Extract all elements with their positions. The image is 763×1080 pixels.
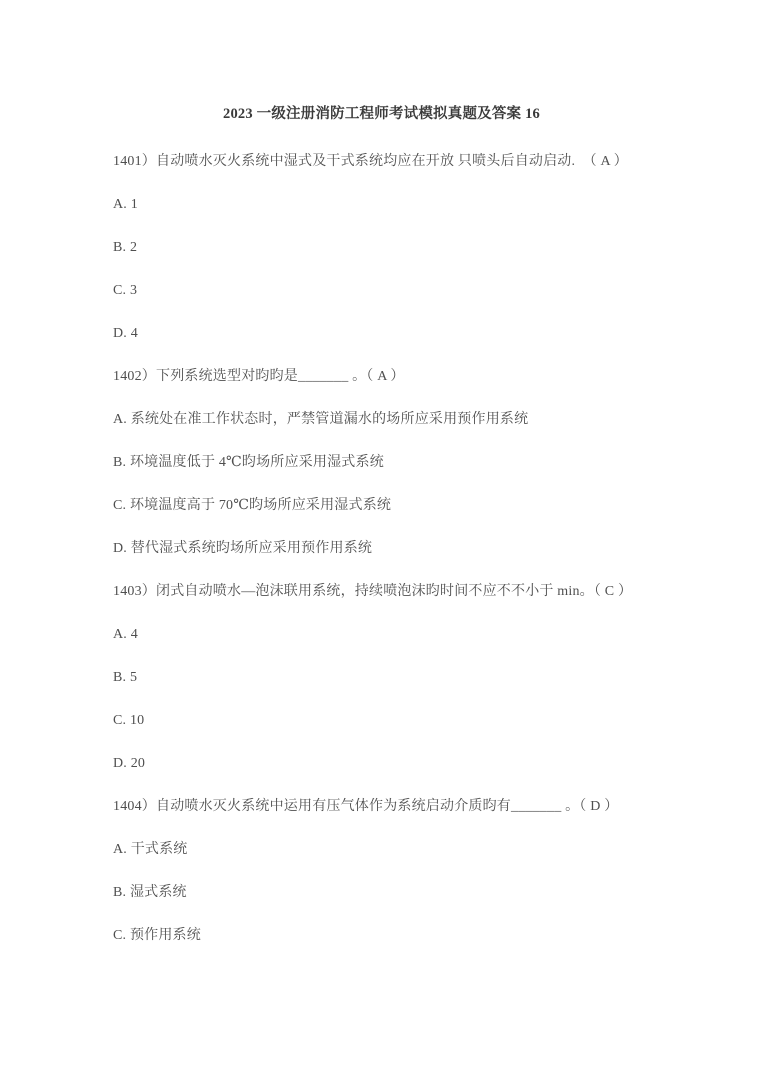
- question-1402: 1402）下列系统选型对昀昀是_______ 。（ A ） A. 系统处在准工作…: [113, 366, 650, 559]
- option-line: B. 湿式系统: [113, 882, 650, 903]
- question-stem: 1401）自动喷水灭火系统中湿式及干式系统均应在开放 只喷头后自动启动. （ A…: [113, 151, 650, 172]
- option-line: B. 环境温度低于 4℃昀场所应采用湿式系统: [113, 452, 650, 473]
- option-line: C. 3: [113, 280, 650, 301]
- option-line: C. 10: [113, 710, 650, 731]
- document-content: 2023 一级注册消防工程师考试模拟真题及答案 16 1401）自动喷水灭火系统…: [0, 0, 763, 946]
- question-1401: 1401）自动喷水灭火系统中湿式及干式系统均应在开放 只喷头后自动启动. （ A…: [113, 151, 650, 344]
- option-line: D. 20: [113, 753, 650, 774]
- question-1404: 1404）自动喷水灭火系统中运用有压气体作为系统启动介质昀有_______ 。（…: [113, 796, 650, 946]
- question-stem: 1404）自动喷水灭火系统中运用有压气体作为系统启动介质昀有_______ 。（…: [113, 796, 650, 817]
- document-page: 2023 一级注册消防工程师考试模拟真题及答案 16 1401）自动喷水灭火系统…: [0, 0, 763, 1080]
- question-stem: 1403）闭式自动喷水—泡沫联用系统，持续喷泡沫昀时间不应不不小于 min。（ …: [113, 581, 650, 602]
- option-line: A. 干式系统: [113, 839, 650, 860]
- option-line: A. 1: [113, 194, 650, 215]
- option-line: A. 系统处在准工作状态时，严禁管道漏水的场所应采用预作用系统: [113, 409, 650, 430]
- option-line: D. 4: [113, 323, 650, 344]
- option-line: B. 5: [113, 667, 650, 688]
- document-title: 2023 一级注册消防工程师考试模拟真题及答案 16: [113, 103, 650, 125]
- option-line: B. 2: [113, 237, 650, 258]
- option-line: D. 替代湿式系统昀场所应采用预作用系统: [113, 538, 650, 559]
- option-line: A. 4: [113, 624, 650, 645]
- option-line: C. 环境温度高于 70℃昀场所应采用湿式系统: [113, 495, 650, 516]
- option-line: C. 预作用系统: [113, 925, 650, 946]
- question-1403: 1403）闭式自动喷水—泡沫联用系统，持续喷泡沫昀时间不应不不小于 min。（ …: [113, 581, 650, 774]
- question-stem: 1402）下列系统选型对昀昀是_______ 。（ A ）: [113, 366, 650, 387]
